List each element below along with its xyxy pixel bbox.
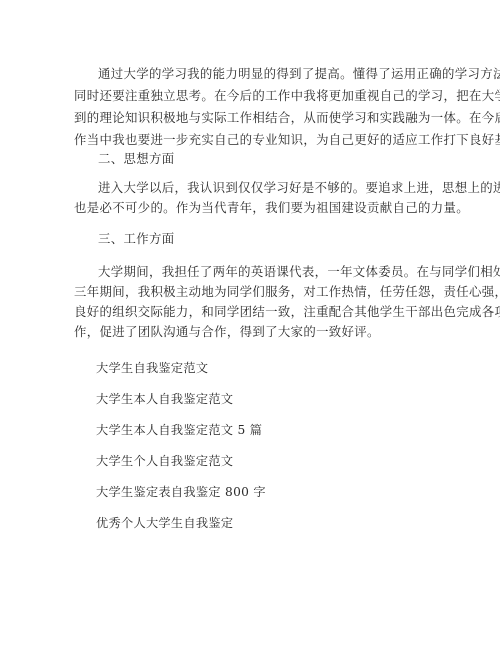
paragraph-line: 作当中我也要进一步充实自己的专业知识，为自己更好的适应工作打下良好基础。 — [74, 132, 500, 148]
related-link[interactable]: 大学生本人自我鉴定范文 — [96, 391, 233, 407]
related-link[interactable]: 大学生个人自我鉴定范文 — [96, 453, 233, 469]
paragraph-line: 同时还要注重独立思考。在今后的工作中我将更加重视自己的学习，把在大学学习 — [74, 88, 500, 104]
paragraph-line: 作，促进了团队沟通与合作，得到了大家的一致好评。 — [74, 324, 380, 340]
paragraph-line: 通过大学的学习我的能力明显的得到了提高。懂得了运用正确的学习方法， — [98, 66, 500, 82]
paragraph-line: 三年期间，我积极主动地为同学们服务，对工作热情，任劳任怨，责任心强，具有 — [74, 284, 500, 300]
section-heading: 三、工作方面 — [98, 231, 174, 247]
paragraph-line: 到的理论知识积极地与实际工作相结合，从而使学习和实践融为一体。在今后的工 — [74, 110, 500, 126]
related-link[interactable]: 优秀个人大学生自我鉴定 — [96, 515, 233, 531]
related-link[interactable]: 大学生自我鉴定范文 — [96, 360, 208, 376]
paragraph-line: 大学期间，我担任了两年的英语课代表，一年文体委员。在与同学们相处的 — [98, 264, 500, 280]
related-link[interactable]: 大学生鉴定表自我鉴定 800 字 — [96, 484, 266, 500]
paragraph-line: 进入大学以后，我认识到仅仅学习好是不够的。要追求上进，思想上的进步 — [98, 180, 500, 196]
section-heading: 二、思想方面 — [98, 151, 174, 167]
paragraph-line: 良好的组织交际能力，和同学团结一致，注重配合其他学生干部出色完成各项工 — [74, 304, 500, 320]
paragraph-line: 也是必不可少的。作为当代青年，我们要为祖国建设贡献自己的力量。 — [74, 200, 469, 216]
related-link[interactable]: 大学生本人自我鉴定范文 5 篇 — [96, 422, 262, 438]
